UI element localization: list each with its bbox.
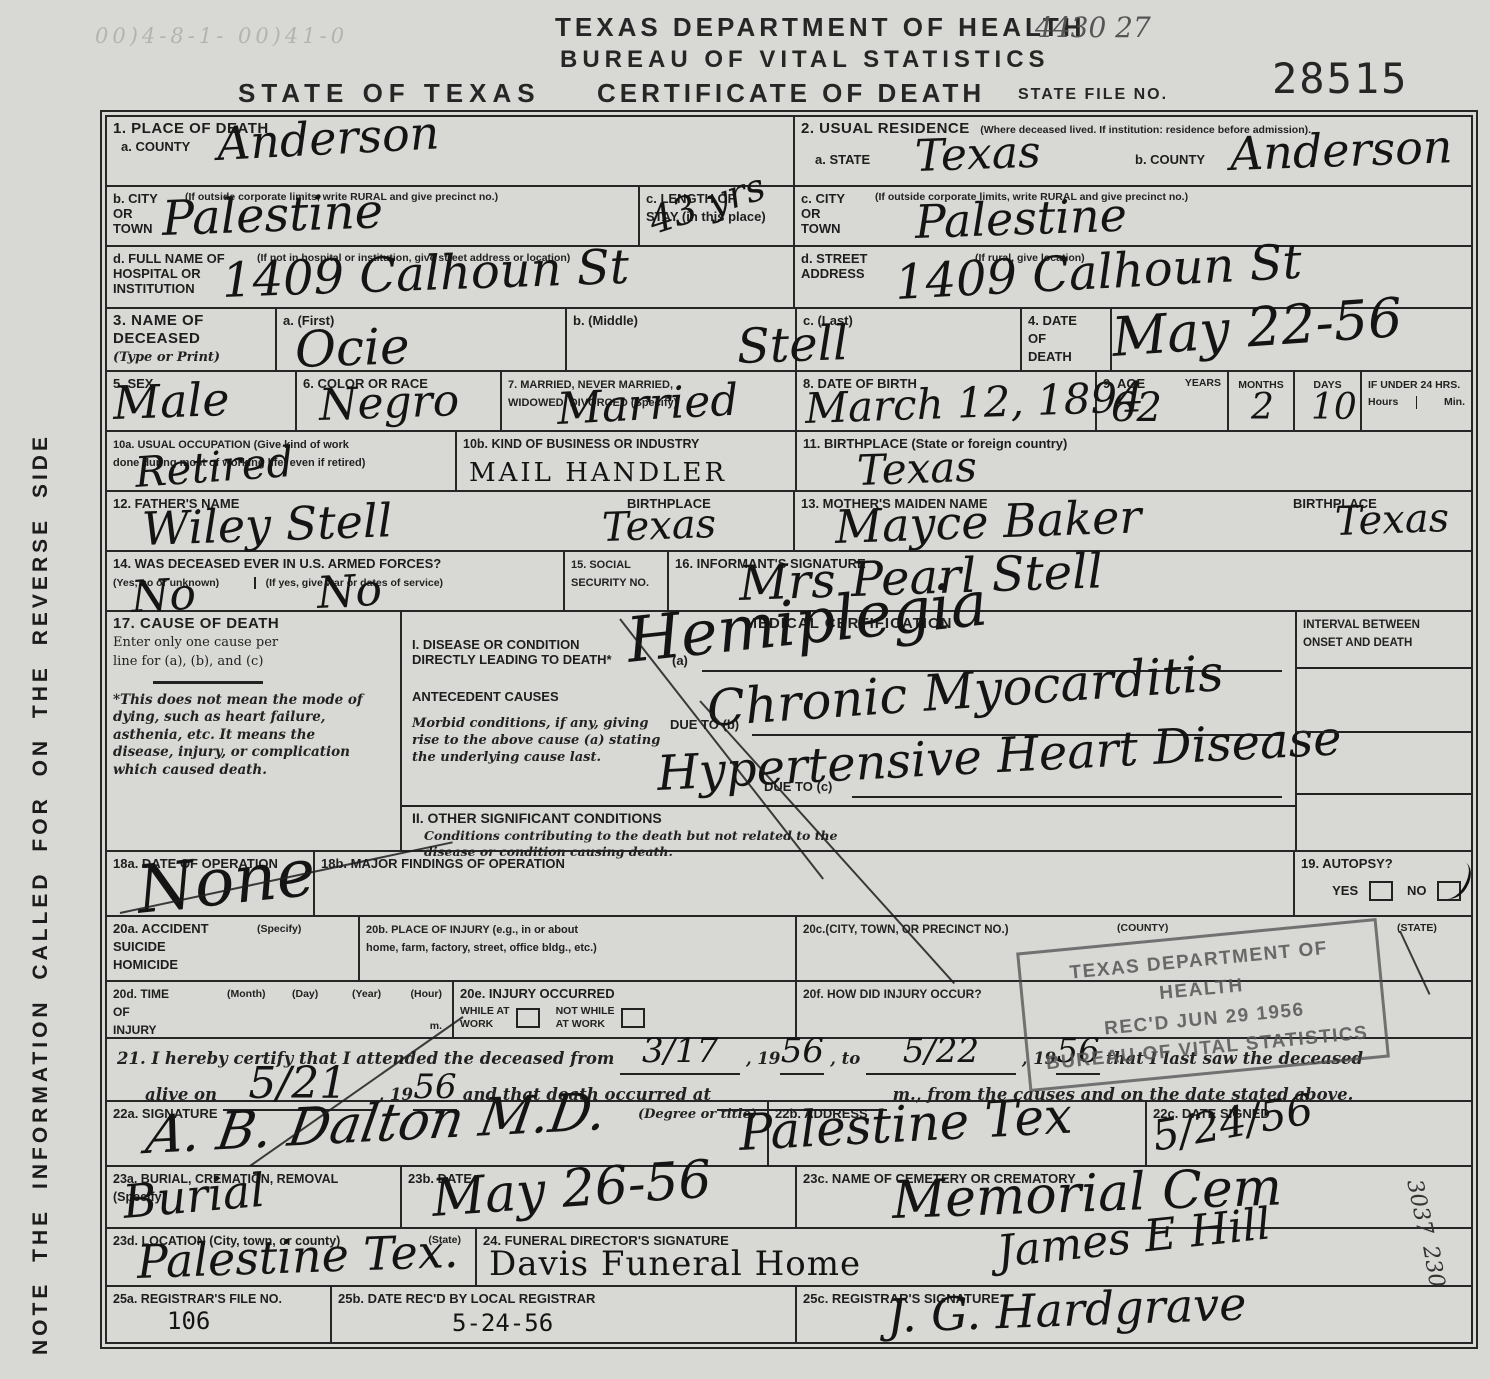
header-bureau: BUREAU OF VITAL STATISTICS xyxy=(560,48,1050,72)
under-24-label: IF UNDER 24 HRS. xyxy=(1368,379,1460,391)
death-certificate-scan: { "margin": "NOTE THE INFORMATION CALLED… xyxy=(0,0,1490,1379)
field-burial-type: 23a. BURIAL, CREMATION, REMOVAL (Specify… xyxy=(107,1167,402,1227)
sex-value: Male xyxy=(112,376,230,426)
city-label: b. CITY OR TOWN xyxy=(113,192,158,237)
field-date-of-death: May 22-56 xyxy=(1112,309,1471,370)
father-name-value: Wiley Stell xyxy=(141,497,393,552)
section-cause-of-death: 17. CAUSE OF DEATH Enter only one cause … xyxy=(107,612,1471,852)
not-while-at-work-label: NOT WHILE AT WORK xyxy=(556,1005,615,1031)
city-value: Palestine xyxy=(161,187,384,243)
attended-from-value: 3/17 xyxy=(642,1031,718,1071)
cause-c-line xyxy=(852,796,1282,798)
field-usual-residence: 2. USUAL RESIDENCE (Where deceased lived… xyxy=(795,117,1471,187)
field-funeral-director: 24. FUNERAL DIRECTOR'S SIGNATURE Davis F… xyxy=(477,1229,1471,1285)
armed-forces-label: 14. WAS DECEASED EVER IN U.S. ARMED FORC… xyxy=(113,556,441,571)
divider-rule xyxy=(153,681,263,684)
while-at-work-label: WHILE AT WORK xyxy=(460,1005,510,1031)
field-date-of-operation: 18a. DATE OF OPERATION None xyxy=(107,852,315,915)
funeral-home-value: Davis Funeral Home xyxy=(489,1247,861,1281)
institution-label: d. FULL NAME OF HOSPITAL OR INSTITUTION xyxy=(113,252,225,297)
interval-line-c xyxy=(1297,793,1471,795)
last-name-value: Stell xyxy=(736,319,849,371)
section-burial-location: 23d. LOCATION (City, town, or county) (S… xyxy=(107,1229,1471,1287)
state-file-no-label: STATE FILE NO. xyxy=(1018,87,1168,103)
not-while-at-work-checkbox[interactable] xyxy=(621,1008,645,1028)
other-conditions-label: II. OTHER SIGNIFICANT CONDITIONS xyxy=(412,810,662,826)
pencil-annotation: 00)4-8-1- 00)41-0 xyxy=(95,26,348,47)
field-marital-status: 7. MARRIED, NEVER MARRIED, WIDOWED, DIVO… xyxy=(502,372,797,430)
field-place-of-injury: 20b. PLACE OF INJURY (e.g., in or about … xyxy=(360,917,797,980)
section-name-of-deceased: 3. NAME OF DECEASED (Type or Print) a. (… xyxy=(107,309,1471,372)
registrar-date-value: 5-24-56 xyxy=(452,1311,553,1335)
field-age-years: 9. AGE YEARS 62 xyxy=(1097,372,1229,430)
field-registrar-date: 25b. DATE REC'D BY LOCAL REGISTRAR 5-24-… xyxy=(332,1287,797,1342)
hour-label: (Hour) xyxy=(411,988,443,1001)
field-date-of-birth: 8. DATE OF BIRTH March 12, 1894 xyxy=(797,372,1097,430)
field-birthplace: 11. BIRTHPLACE (State or foreign country… xyxy=(797,432,1471,490)
armed-forces-value2: No xyxy=(316,569,383,616)
registrar-signature-value: J. G. Hardgrave xyxy=(886,1280,1247,1339)
from-year-blank: 56 xyxy=(780,1045,824,1075)
cause-of-death-sidebar: 17. CAUSE OF DEATH Enter only one cause … xyxy=(107,612,402,850)
stray-mark-2: 230 xyxy=(1418,1244,1447,1289)
section-place-and-residence: 1. PLACE OF DEATH a. COUNTY Anderson b. … xyxy=(107,117,1471,309)
injury-county-label: (COUNTY) xyxy=(1117,922,1168,935)
burial-location-value: Palestine Tex. xyxy=(136,1228,459,1285)
certificate-form: 1. PLACE OF DEATH a. COUNTY Anderson b. … xyxy=(100,110,1478,1349)
father-birthplace-value: Texas xyxy=(601,504,717,548)
section-operation: 18a. DATE OF OPERATION None 18b. MAJOR F… xyxy=(107,852,1471,917)
race-value: Negro xyxy=(318,379,460,428)
interval-line-a xyxy=(1297,667,1471,669)
type-or-print-note: (Type or Print) xyxy=(113,350,220,365)
how-injury-label: 20f. HOW DID INJURY OCCUR? xyxy=(803,987,982,1001)
attended-to-value: 5/22 xyxy=(903,1031,979,1071)
antecedent-label: ANTECEDENT CAUSES xyxy=(412,690,559,705)
section-ii-divider xyxy=(402,805,1297,807)
injury-state-label: (STATE) xyxy=(1397,922,1437,935)
field-under-24-hours: IF UNDER 24 HRS. Hours Min. xyxy=(1362,372,1471,430)
disease-condition-label: I. DISEASE OR CONDITION DIRECTLY LEADING… xyxy=(412,638,612,668)
birthplace-value: Texas xyxy=(856,446,977,492)
autopsy-label: 19. AUTOPSY? xyxy=(1301,856,1393,871)
registrar-file-label: 25a. REGISTRAR'S FILE NO. xyxy=(113,1292,282,1306)
occupation-value: Retired xyxy=(134,441,295,494)
age-months-value: 2 xyxy=(1251,390,1274,426)
field-residence-city: c. CITY OR TOWN (If outside corporate li… xyxy=(795,187,1471,247)
header-state: STATE OF TEXAS xyxy=(238,80,541,106)
field-mother-name: 13. MOTHER'S MAIDEN NAME BIRTHPLACE Mayc… xyxy=(795,492,1471,550)
field-length-of-stay: c. LENGTH OF STAY (in this place) 43 yrs xyxy=(640,187,793,245)
field-accident-suicide-homicide: 20a. ACCIDENT SUICIDE HOMICIDE (Specify) xyxy=(107,917,360,980)
address-value: Palestine Tex xyxy=(738,1091,1074,1158)
interval-column: INTERVAL BETWEEN ONSET AND DEATH xyxy=(1297,612,1471,850)
accident-specify-note: (Specify) xyxy=(257,923,301,936)
interval-label: INTERVAL BETWEEN ONSET AND DEATH xyxy=(1303,619,1420,649)
field-occupation: 10a. USUAL OCCUPATION (Give kind of work… xyxy=(107,432,457,490)
cause-of-death-title: 17. CAUSE OF DEATH xyxy=(113,615,279,632)
residence-state-value: Texas xyxy=(914,131,1041,179)
day-label: (Day) xyxy=(292,988,318,1001)
while-at-work-checkbox[interactable] xyxy=(516,1008,540,1028)
cause-footnote: *This does not mean the mode of dying, s… xyxy=(113,692,378,780)
year-label: (Year) xyxy=(352,988,381,1001)
field-injury-occurred: 20e. INJURY OCCURRED WHILE AT WORK NOT W… xyxy=(454,982,797,1037)
field-institution: d. FULL NAME OF HOSPITAL OR INSTITUTION … xyxy=(107,247,793,309)
attended-to-blank: 5/22 xyxy=(866,1045,1016,1075)
certify-text-2: , to xyxy=(830,1049,860,1068)
field-burial-location: 23d. LOCATION (City, town, or county) (S… xyxy=(107,1229,477,1285)
name-of-deceased-label: 3. NAME OF DECEASED xyxy=(113,312,204,347)
county-value: Anderson xyxy=(216,109,441,167)
field-age-days: DAYS 10 xyxy=(1295,372,1362,430)
institution-value: 1409 Calhoun St xyxy=(221,243,630,305)
field-race: 6. COLOR OR RACE Negro xyxy=(297,372,502,430)
ssn-label: 15. SOCIAL SECURITY NO. xyxy=(571,559,649,589)
autopsy-yes-label: YES xyxy=(1332,883,1358,898)
field-armed-forces: 14. WAS DECEASED EVER IN U.S. ARMED FORC… xyxy=(107,552,565,610)
field-father-name: 12. FATHER'S NAME BIRTHPLACE Wiley Stell… xyxy=(107,492,795,550)
county-label: a. COUNTY xyxy=(121,139,190,154)
street-address-label: d. STREET ADDRESS xyxy=(801,252,867,282)
certify-19-a: , 19 xyxy=(746,1049,780,1068)
field-registrar-file: 25a. REGISTRAR'S FILE NO. 106 xyxy=(107,1287,332,1342)
section-demographics: 5. SEX Male 6. COLOR OR RACE Negro 7. MA… xyxy=(107,372,1471,432)
operation-none-value: None xyxy=(134,839,319,923)
time-of-injury-label: 20d. TIME OF INJURY xyxy=(113,987,169,1037)
minutes-label: Min. xyxy=(1417,396,1465,409)
from-year-value: 56 xyxy=(781,1031,824,1071)
header-handwritten-number: 4430 27 xyxy=(1035,14,1151,42)
accident-label: 20a. ACCIDENT SUICIDE HOMICIDE xyxy=(113,921,209,972)
certify-text-1: 21. I hereby certify that I attended the… xyxy=(117,1049,614,1068)
field-industry: 10b. KIND OF BUSINESS OR INDUSTRY MAIL H… xyxy=(457,432,797,490)
age-years-label: YEARS xyxy=(1185,377,1221,390)
attended-from-blank: 3/17 xyxy=(620,1045,740,1075)
field-burial-date: 23b. DATE May 26-56 xyxy=(402,1167,797,1227)
field-address: 22b. ADDRESS Palestine Tex xyxy=(769,1102,1147,1165)
mother-birthplace-value: Texas xyxy=(1334,498,1450,542)
age-years-value: 62 xyxy=(1111,388,1162,428)
field-last-name: c. (Last) Stell xyxy=(797,309,1022,370)
date-of-birth-value: March 12, 1894 xyxy=(804,376,1144,430)
month-label: (Month) xyxy=(227,988,265,1001)
section-parents: 12. FATHER'S NAME BIRTHPLACE Wiley Stell… xyxy=(107,492,1471,552)
field-first-name: a. (First) Ocie xyxy=(277,309,567,370)
cause-instruction: Enter only one cause per line for (a), (… xyxy=(113,635,278,669)
place-of-injury-label: 20b. PLACE OF INJURY (e.g., in or about … xyxy=(366,924,597,954)
date-of-death-label: 4. DATE OF DEATH xyxy=(1028,313,1077,364)
field-time-of-injury: 20d. TIME OF INJURY (Month) (Day) (Year)… xyxy=(107,982,454,1037)
industry-value: MAIL HANDLER xyxy=(469,460,727,486)
first-name-value: Ocie xyxy=(294,321,410,375)
injury-occurred-label: 20e. INJURY OCCURRED xyxy=(460,986,615,1001)
header-department: TEXAS DEPARTMENT OF HEALTH xyxy=(555,14,1086,40)
autopsy-no-label: NO xyxy=(1407,883,1427,898)
field-city-of-death: b. CITY OR TOWN (If outside corporate li… xyxy=(107,187,640,245)
hours-label: Hours xyxy=(1368,396,1417,409)
reverse-side-note: NOTE THE INFORMATION CALLED FOR ON THE R… xyxy=(30,295,51,1355)
field-place-of-death: 1. PLACE OF DEATH a. COUNTY Anderson xyxy=(107,117,793,187)
field-operation-findings: 18b. MAJOR FINDINGS OF OPERATION xyxy=(315,852,1295,915)
field-age-months: MONTHS 2 xyxy=(1229,372,1295,430)
interval-line-b xyxy=(1297,731,1471,733)
burial-type-value: Burial xyxy=(121,1167,267,1225)
header-title: CERTIFICATE OF DEATH xyxy=(597,80,985,106)
state-file-no-value: 28515 xyxy=(1272,58,1408,100)
industry-label: 10b. KIND OF BUSINESS OR INDUSTRY xyxy=(463,437,699,451)
autopsy-yes-checkbox[interactable] xyxy=(1369,881,1393,901)
field-registrar-signature: 25c. REGISTRAR'S SIGNATURE J. G. Hardgra… xyxy=(797,1287,1471,1342)
residence-county-label: b. COUNTY xyxy=(1135,153,1205,168)
residence-county-value: Anderson xyxy=(1229,123,1453,177)
section-registrar: 25a. REGISTRAR'S FILE NO. 106 25b. DATE … xyxy=(107,1287,1471,1342)
residence-city-label: c. CITY OR TOWN xyxy=(801,192,845,237)
mother-name-value: Mayce Baker xyxy=(834,493,1142,550)
medical-certification-area: MEDICAL CERTIFICATION I. DISEASE OR COND… xyxy=(402,612,1297,850)
marital-value: Married xyxy=(556,379,740,432)
residence-city-value: Palestine xyxy=(914,192,1127,245)
field-date-signed: 22c. DATE SIGNED 5/24/56 xyxy=(1147,1102,1471,1165)
registrar-file-value: 106 xyxy=(167,1309,210,1333)
residence-state-label: a. STATE xyxy=(815,153,870,168)
age-days-value: 10 xyxy=(1311,390,1357,426)
registrar-date-label: 25b. DATE REC'D BY LOCAL REGISTRAR xyxy=(338,1291,595,1306)
morbid-note: Morbid conditions, if any, giving rise t… xyxy=(412,716,662,767)
middle-name-label: b. (Middle) xyxy=(573,313,638,328)
field-autopsy: 19. AUTOPSY? YES NO xyxy=(1295,852,1471,915)
section-occupation: 10a. USUAL OCCUPATION (Give kind of work… xyxy=(107,432,1471,492)
field-sex: 5. SEX Male xyxy=(107,372,297,430)
